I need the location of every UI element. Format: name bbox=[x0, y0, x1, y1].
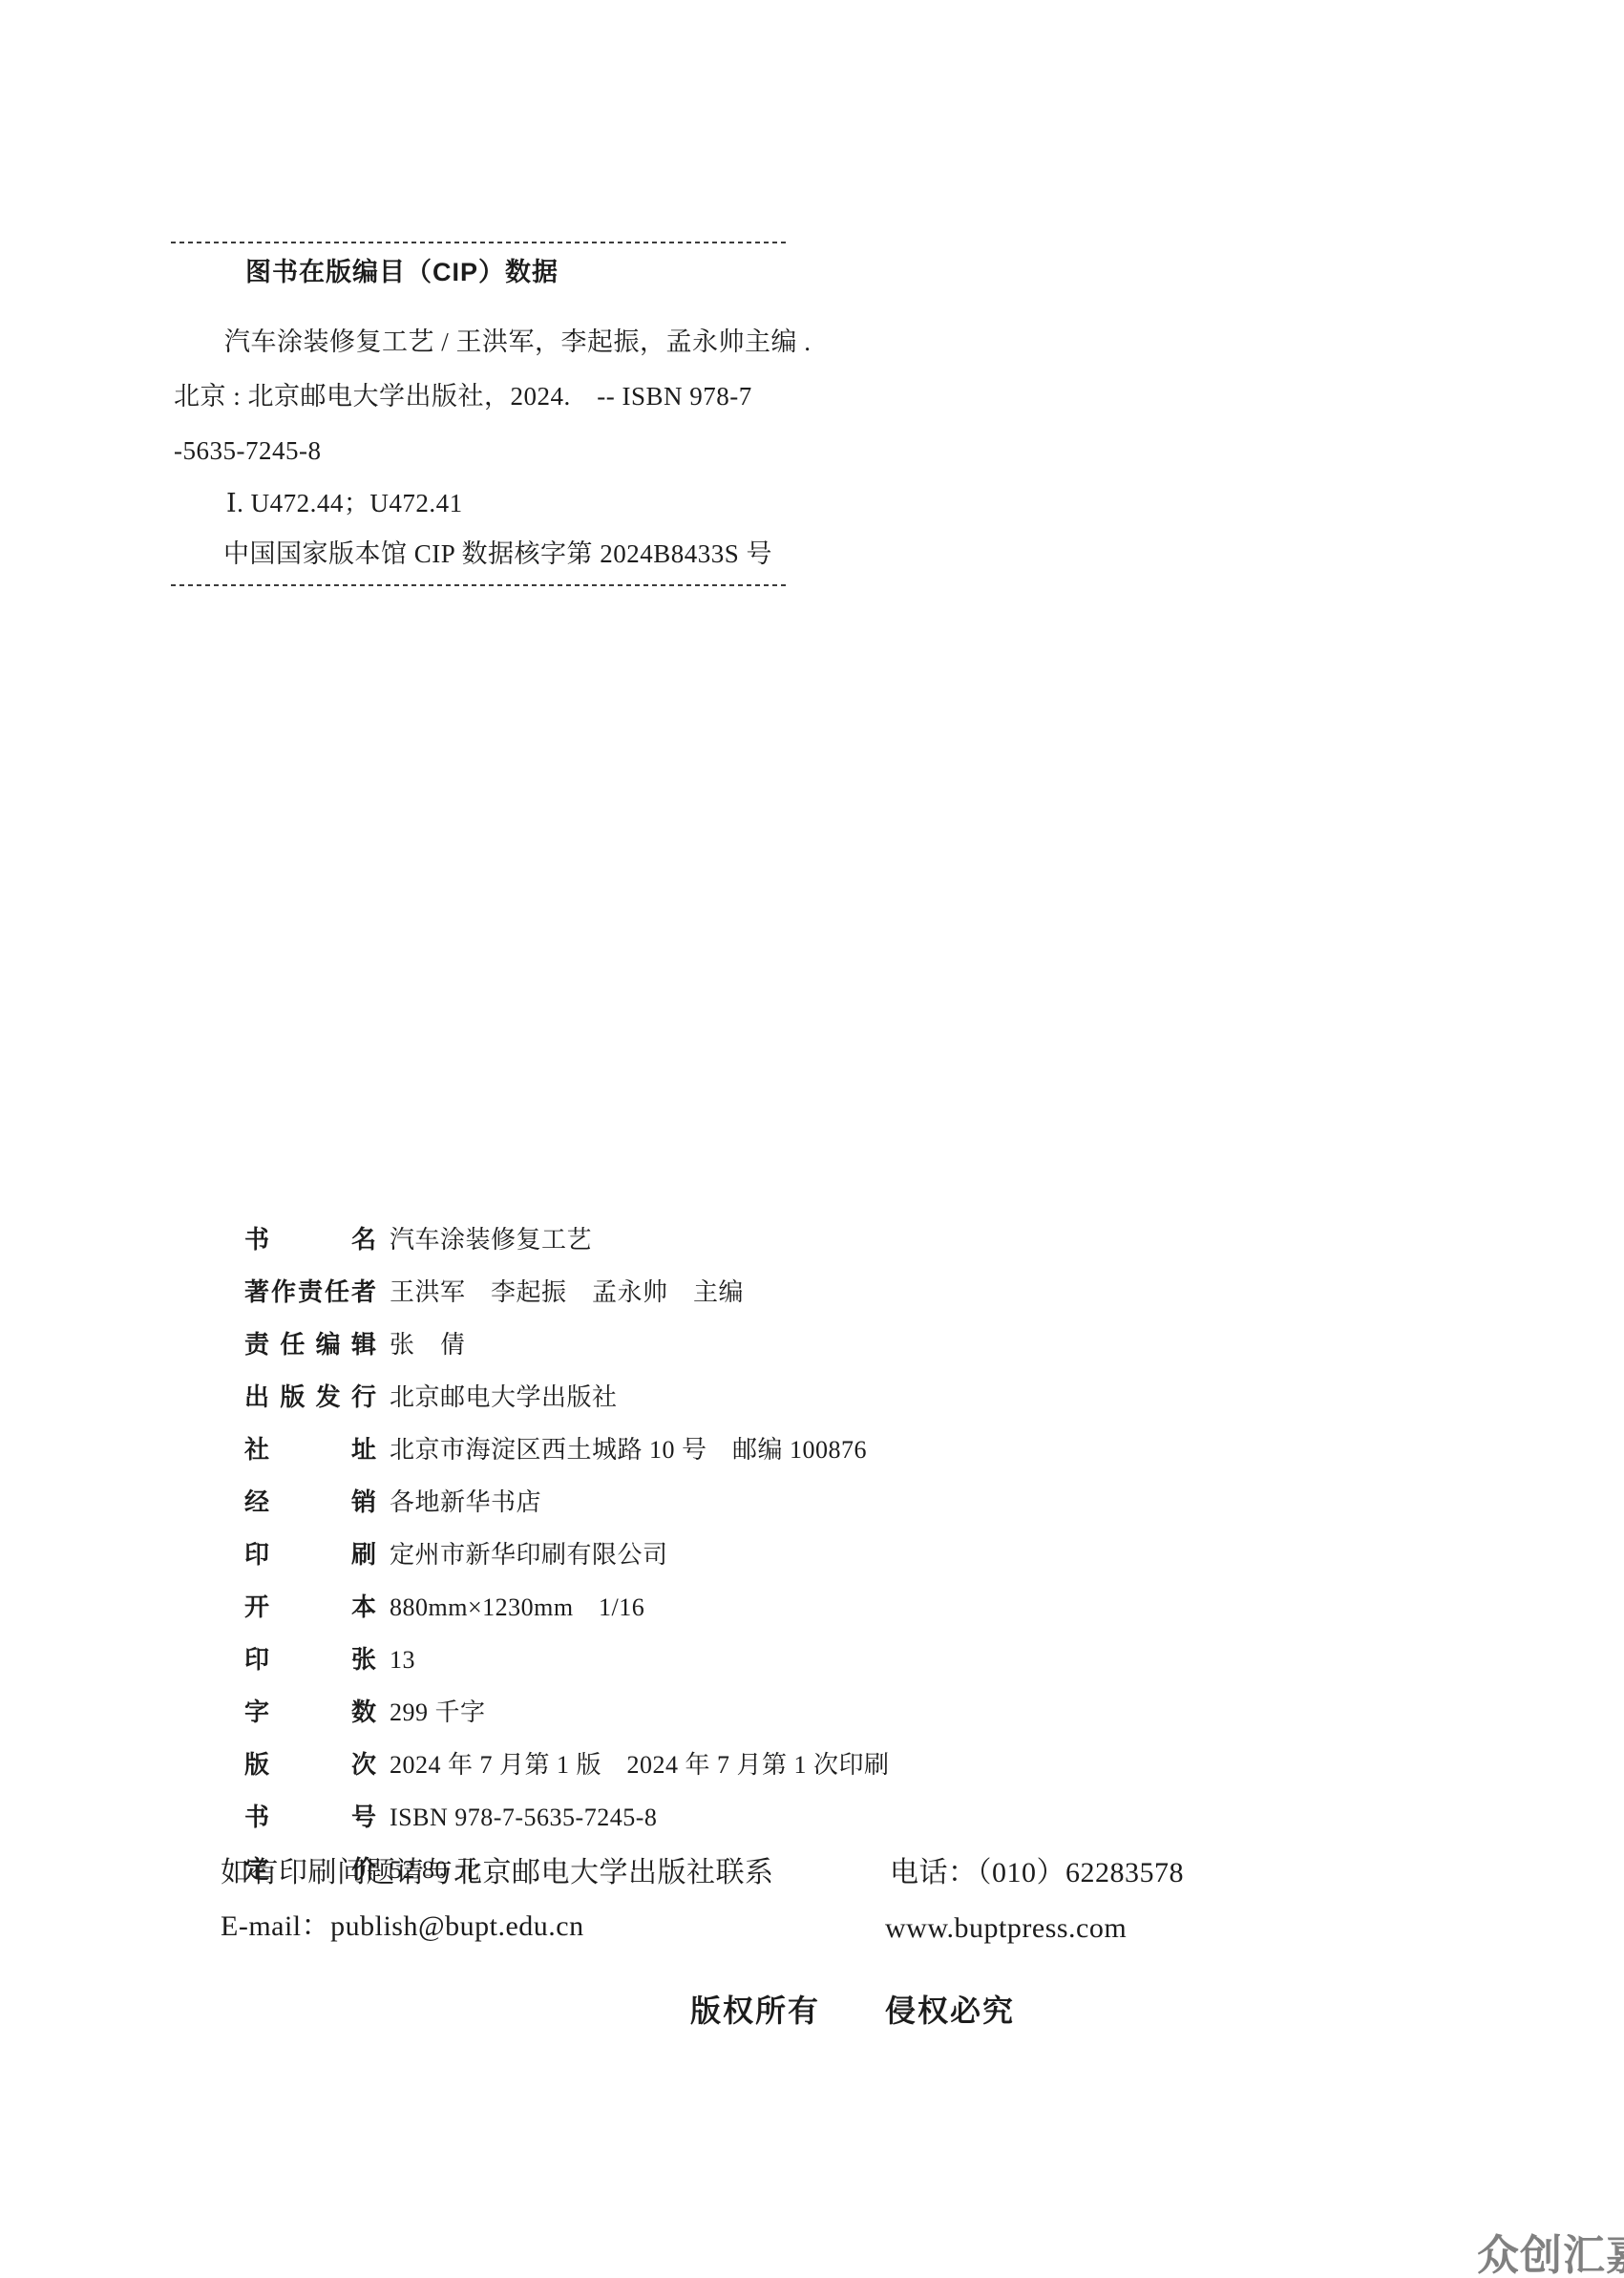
colophon-label: 印张 bbox=[244, 1634, 376, 1686]
colophon-value: 北京市海淀区西土城路 10 号 邮编 100876 bbox=[390, 1436, 867, 1464]
colophon-label: 出版发行 bbox=[244, 1371, 376, 1424]
colophon-value: 13 bbox=[390, 1646, 415, 1674]
dashed-divider-top bbox=[171, 242, 790, 243]
colophon-value: 299 千字 bbox=[390, 1698, 486, 1726]
colophon-label: 开本 bbox=[244, 1581, 376, 1634]
cip-line-title-statement: 汽车涂装修复工艺 / 王洪军，李起振，孟永帅主编 . bbox=[224, 326, 812, 358]
colophon-label: 字数 bbox=[244, 1686, 376, 1739]
book-copyright-page: 图书在版编目（CIP）数据 汽车涂装修复工艺 / 王洪军，李起振，孟永帅主编 .… bbox=[0, 0, 1624, 2278]
colophon-label: 责任编辑 bbox=[244, 1318, 376, 1371]
colophon-value: 各地新华书店 bbox=[390, 1488, 541, 1516]
print-problem-notice: 如有印刷问题请与北京邮电大学出版社联系 bbox=[221, 1855, 774, 1891]
colophon-label: 书号 bbox=[244, 1791, 376, 1844]
colophon-value: 张 倩 bbox=[390, 1331, 466, 1359]
cip-line-publisher-isbn: 北京 : 北京邮电大学出版社，2024. -- ISBN 978-7 bbox=[174, 380, 752, 412]
cip-line-record-number: 中国国家版本馆 CIP 数据核字第 2024B8433S 号 bbox=[223, 538, 772, 570]
watermark-logo-text: 众创汇嘉 bbox=[1477, 2234, 1624, 2278]
colophon-value: 880mm×1230mm 1/16 bbox=[390, 1593, 644, 1621]
colophon-label: 著作责任者 bbox=[244, 1266, 376, 1318]
colophon-label: 印刷 bbox=[244, 1529, 376, 1581]
colophon-value: 王洪军 李起振 孟永帅 主编 bbox=[390, 1278, 744, 1306]
publisher-website: www.buptpress.com bbox=[885, 1910, 1127, 1947]
colophon-value: 北京邮电大学出版社 bbox=[390, 1383, 618, 1411]
colophon-label: 版次 bbox=[244, 1739, 376, 1791]
copyright-all-rights-reserved: 版权所有 bbox=[690, 1993, 820, 2028]
colophon-label: 社址 bbox=[244, 1424, 376, 1476]
copyright-statement: 版权所有侵权必究 bbox=[652, 1953, 1015, 2068]
copyright-infringement-warning: 侵权必究 bbox=[885, 1993, 1015, 2028]
colophon-value: 2024 年 7 月第 1 版 2024 年 7 月第 1 次印刷 bbox=[390, 1751, 890, 1779]
colophon-table: 书名汽车涂装修复工艺 著作责任者王洪军 李起振 孟永帅 主编 责任编辑张 倩 出… bbox=[221, 1161, 1272, 1844]
colophon-value: 汽车涂装修复工艺 bbox=[390, 1226, 592, 1254]
colophon-value: ISBN 978-7-5635-7245-8 bbox=[390, 1803, 657, 1831]
publisher-email: E-mail：publish@bupt.edu.cn bbox=[221, 1909, 584, 1945]
colophon-row-book-title: 书名汽车涂装修复工艺 bbox=[221, 1161, 1272, 1213]
cip-line-isbn-continued: -5635-7245-8 bbox=[174, 434, 321, 467]
colophon-value: 定州市新华印刷有限公司 bbox=[390, 1541, 668, 1569]
publisher-phone: 电话：（010）62283578 bbox=[890, 1855, 1184, 1891]
cip-heading: 图书在版编目（CIP）数据 bbox=[245, 256, 559, 288]
colophon-label: 经销 bbox=[244, 1476, 376, 1529]
dashed-divider-bottom bbox=[171, 584, 790, 586]
cip-line-classification: Ⅰ. U472.44；U472.41 bbox=[226, 487, 463, 519]
colophon-label: 书名 bbox=[244, 1213, 376, 1266]
